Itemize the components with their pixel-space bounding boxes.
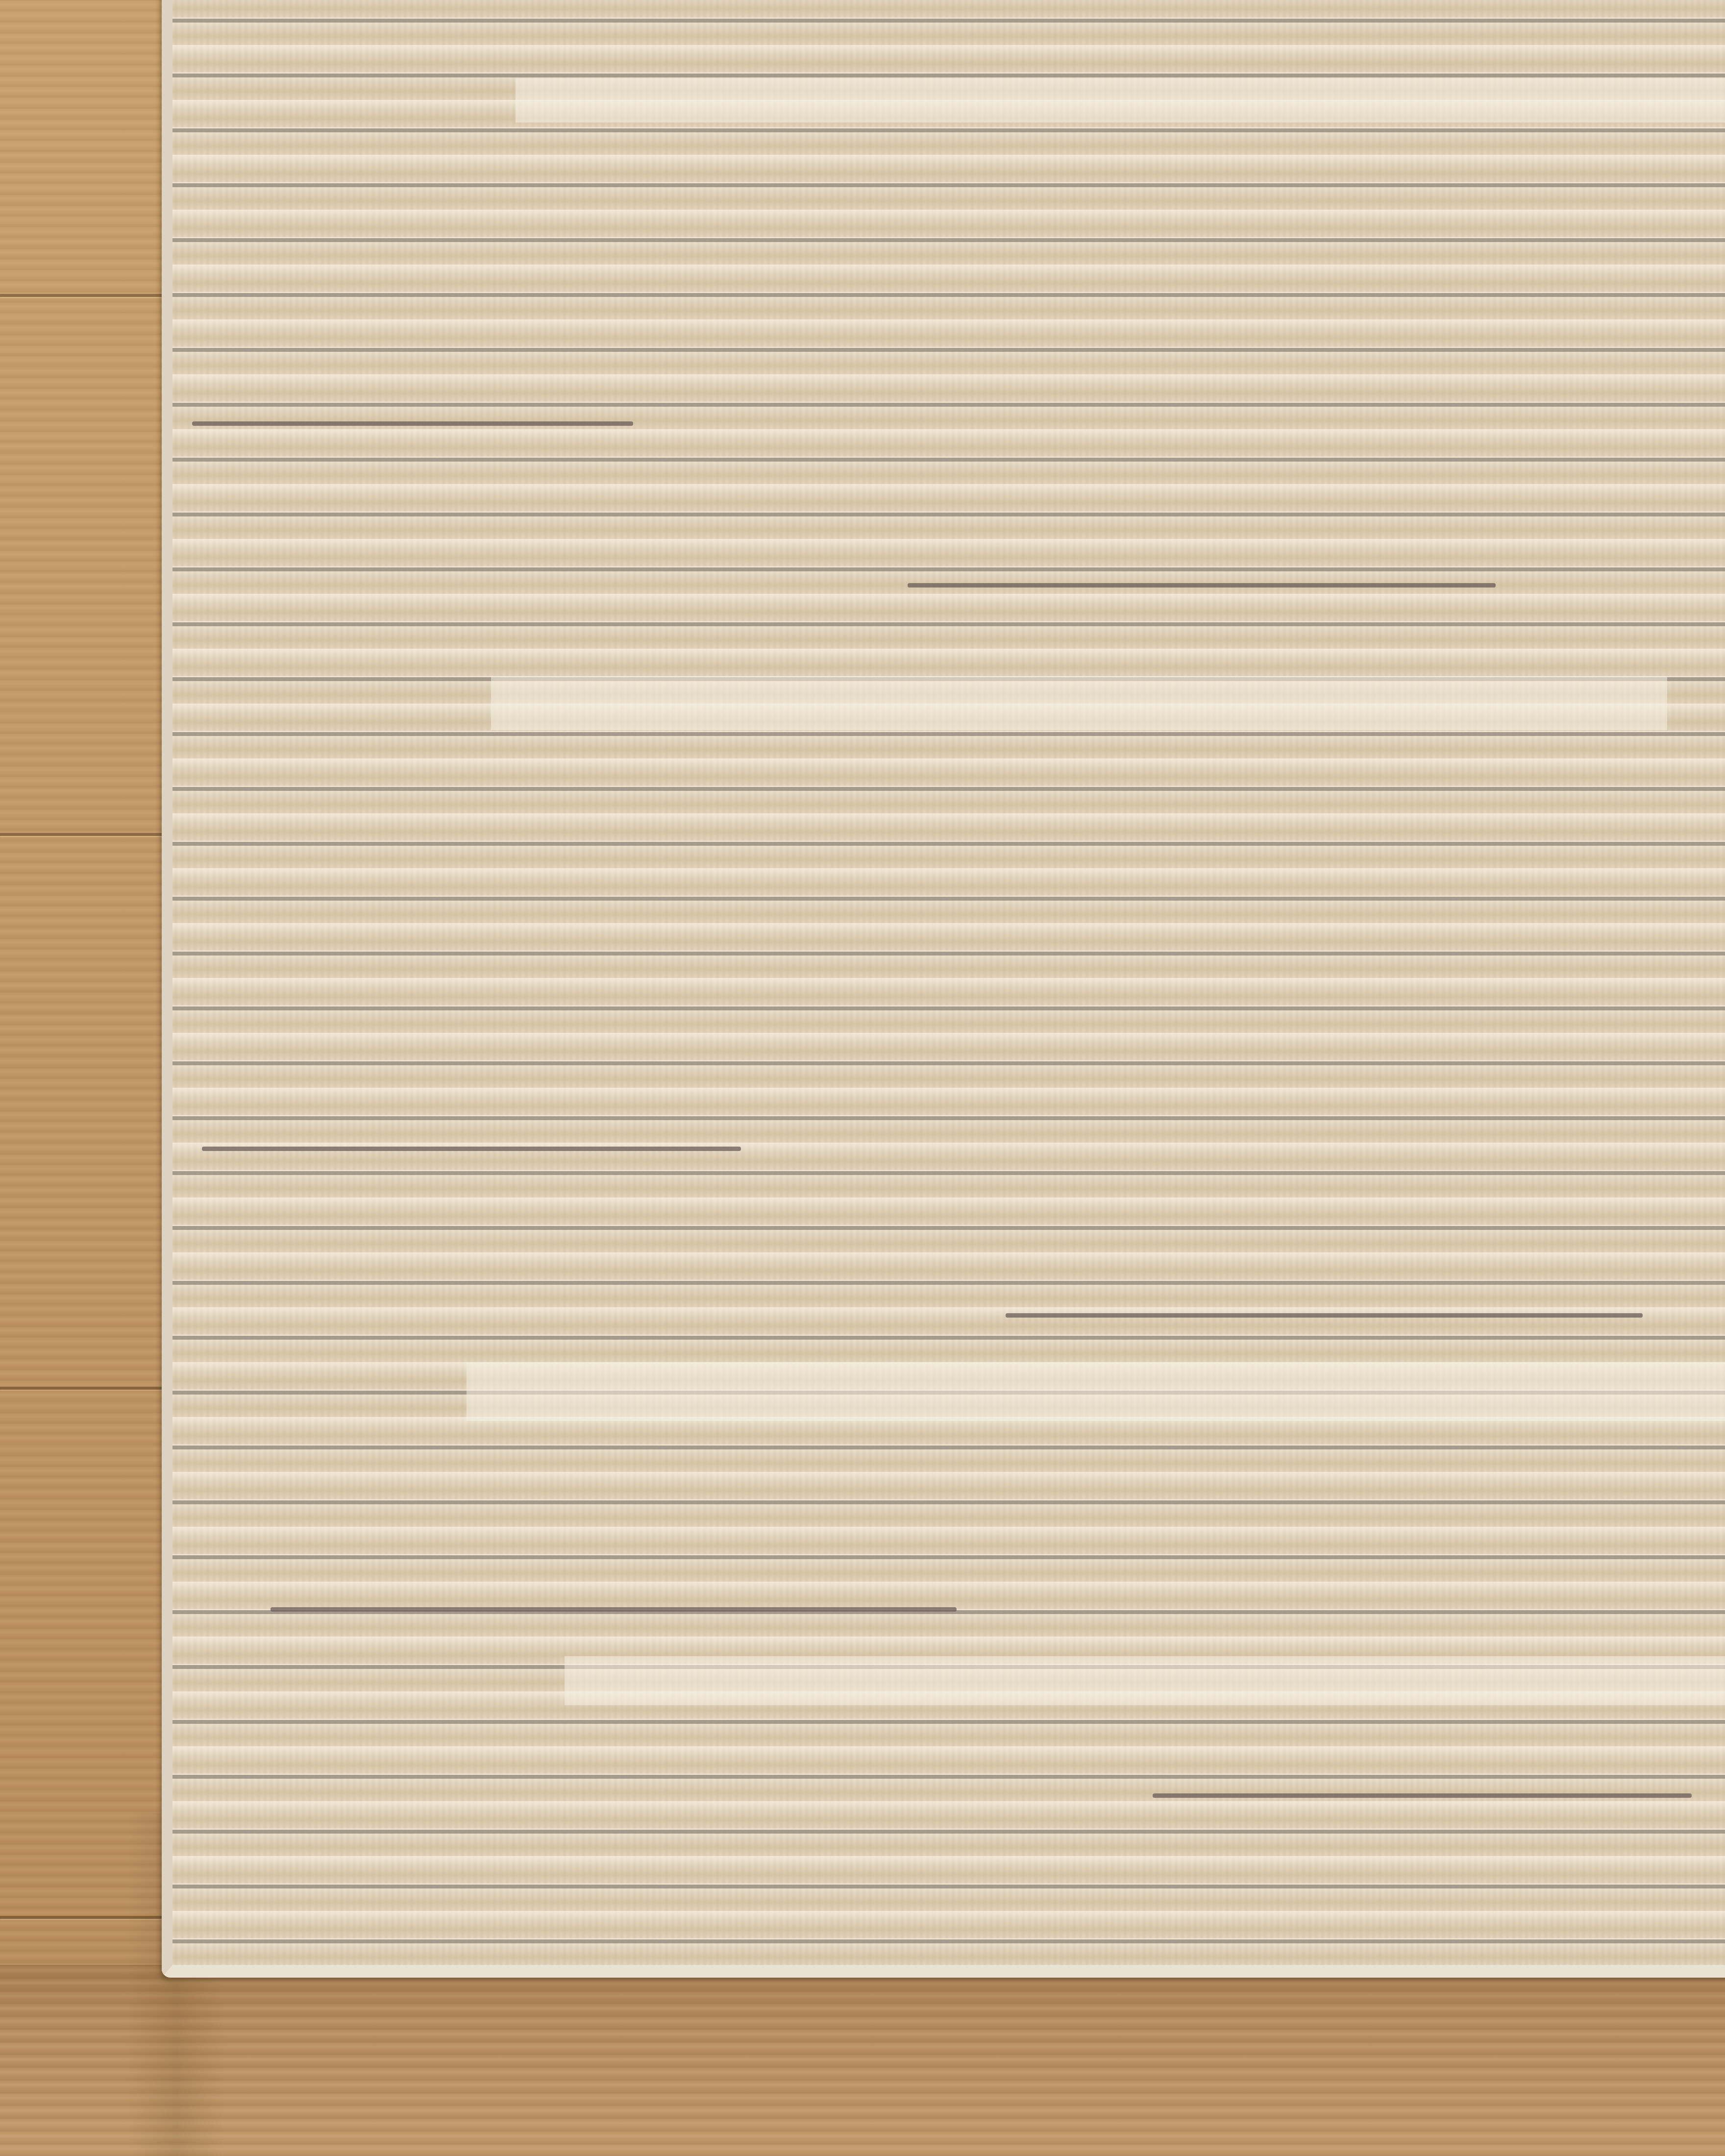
floor-plank-seam <box>0 1387 162 1390</box>
rug-cream-band <box>516 78 1725 122</box>
rug-streak <box>271 1607 957 1612</box>
rug <box>162 0 1725 1978</box>
rug-streak <box>192 421 633 426</box>
rug-cream-band <box>565 1656 1725 1705</box>
rug-streak <box>1006 1313 1643 1318</box>
rug-streak <box>908 583 1496 588</box>
rug-cream-band <box>491 676 1667 730</box>
rug-streak <box>202 1147 741 1151</box>
rug-streak <box>1153 1793 1692 1798</box>
rug-cream-band <box>467 1362 1725 1421</box>
photo <box>0 0 1725 2156</box>
floor-plank-seam <box>0 294 162 297</box>
floor-plank-seam <box>0 833 162 836</box>
wood-floor-foreground <box>0 1965 1725 2156</box>
